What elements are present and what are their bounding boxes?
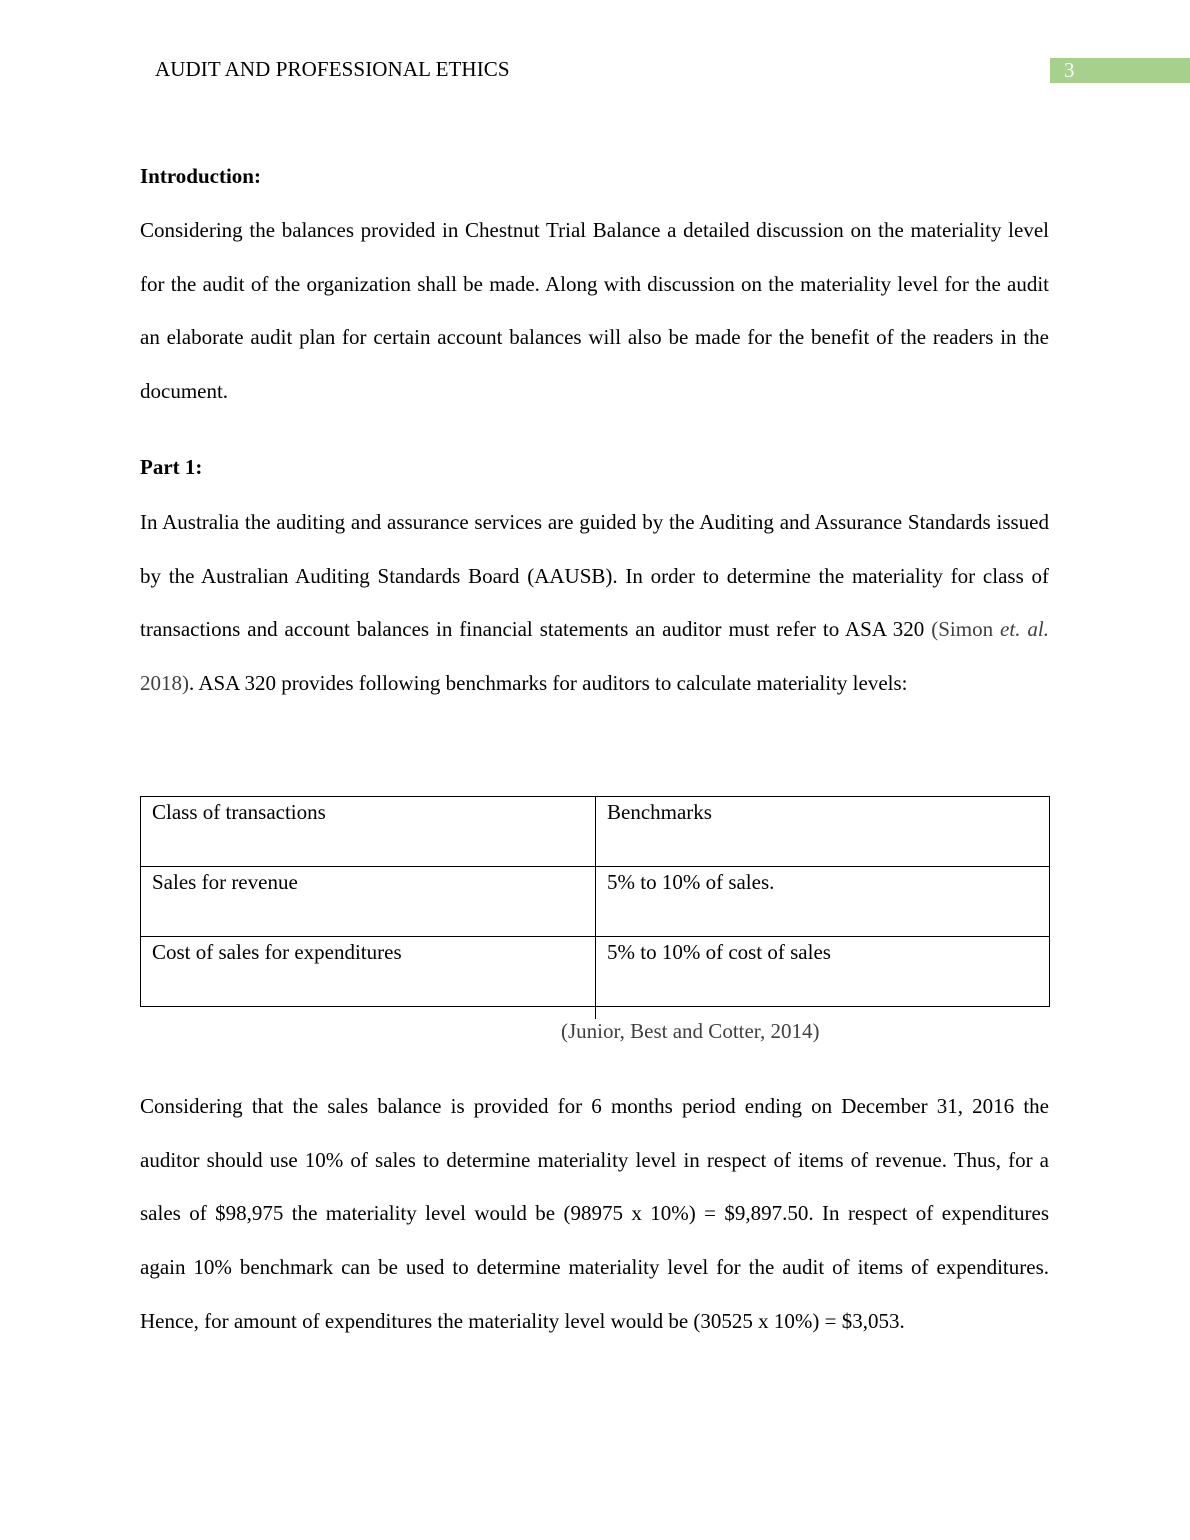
table-row: Sales for revenue 5% to 10% of sales. [141, 867, 1050, 937]
table-header-cell: Class of transactions [141, 797, 596, 867]
table-cell: 5% to 10% of cost of sales [596, 937, 1050, 1007]
materiality-conclusion-paragraph: Considering that the sales balance is pr… [140, 1080, 1049, 1349]
page-number-badge: 3 [1050, 58, 1190, 83]
part1-text-before-citation: In Australia the auditing and assurance … [140, 510, 1049, 641]
part1-paragraph: In Australia the auditing and assurance … [140, 496, 1049, 711]
table-divider [595, 1000, 596, 1019]
benchmarks-table: Class of transactions Benchmarks Sales f… [140, 796, 1050, 1007]
part1-text-after-citation: . ASA 320 provides following benchmarks … [189, 671, 908, 695]
table-caption-citation: (Junior, Best and Cotter, 2014) [559, 1019, 821, 1044]
introduction-paragraph: Considering the balances provided in Che… [140, 204, 1049, 419]
table-header-cell: Benchmarks [596, 797, 1050, 867]
table-cell: Sales for revenue [141, 867, 596, 937]
part1-heading: Part 1: [140, 455, 202, 480]
table-cell: Cost of sales for expenditures [141, 937, 596, 1007]
table-cell: 5% to 10% of sales. [596, 867, 1050, 937]
table-row: Cost of sales for expenditures 5% to 10%… [141, 937, 1050, 1007]
table-header-row: Class of transactions Benchmarks [141, 797, 1050, 867]
introduction-heading: Introduction: [140, 164, 261, 189]
running-header-title: AUDIT AND PROFESSIONAL ETHICS [155, 57, 510, 82]
